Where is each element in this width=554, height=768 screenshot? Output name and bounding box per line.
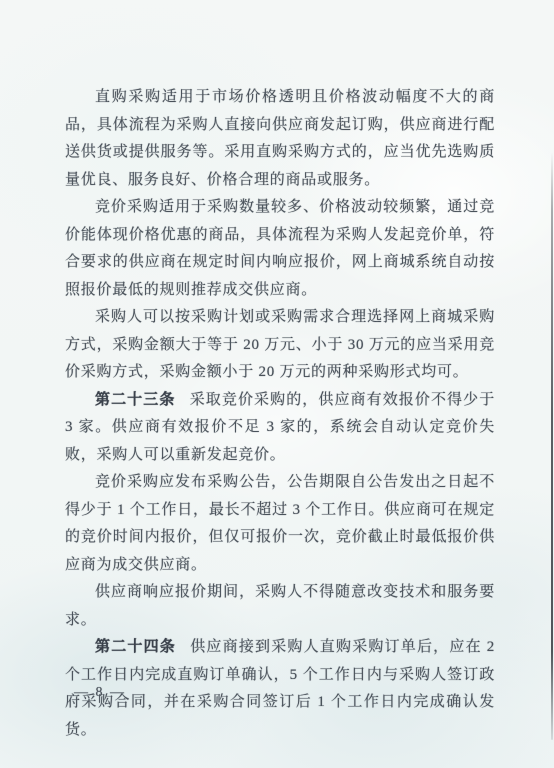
page-number: — 8 —: [74, 685, 126, 701]
body-paragraph: 竞价采购适用于采购数量较多、价格波动较频繁，通过竞价能体现价格优惠的商品，具体流…: [65, 194, 495, 304]
paragraph-text: 竞价采购适用于采购数量较多、价格波动较频繁，通过竞价能体现价格优惠的商品，具体流…: [65, 199, 495, 298]
paragraph-text: 直购采购适用于市场价格透明且价格波动幅度不大的商品，具体流程为采购人直接向供应商…: [65, 89, 495, 188]
paragraph-text: 供应商响应报价期间，采购人不得随意改变技术和服务要求。: [65, 584, 495, 628]
article-number: 第二十三条: [95, 392, 175, 408]
body-paragraph: 采购人可以按采购计划或采购需求合理选择网上商城采购方式，采购金额大于等于 20 …: [65, 304, 495, 387]
paragraph-text: 竞价采购应发布采购公告，公告期限自公告发出之日起不得少于 1 个工作日，最长不超…: [65, 474, 495, 573]
document-body: 直购采购适用于市场价格透明且价格波动幅度不大的商品，具体流程为采购人直接向供应商…: [65, 84, 495, 744]
body-paragraph: 竞价采购应发布采购公告，公告期限自公告发出之日起不得少于 1 个工作日，最长不超…: [65, 469, 495, 579]
scanned-page: 直购采购适用于市场价格透明且价格波动幅度不大的商品，具体流程为采购人直接向供应商…: [0, 0, 554, 768]
article-paragraph: 第二十四条供应商接到采购人直购采购订单后，应在 2 个工作日内完成直购订单确认，…: [65, 634, 495, 744]
article-paragraph: 第二十三条采取竞价采购的，供应商有效报价不得少于 3 家。供应商有效报价不足 3…: [65, 387, 495, 470]
scan-edge-line: [551, 152, 553, 740]
paragraph-text: 采购人可以按采购计划或采购需求合理选择网上商城采购方式，采购金额大于等于 20 …: [65, 309, 495, 380]
body-paragraph: 直购采购适用于市场价格透明且价格波动幅度不大的商品，具体流程为采购人直接向供应商…: [65, 84, 495, 194]
article-number: 第二十四条: [95, 639, 176, 655]
body-paragraph: 供应商响应报价期间，采购人不得随意改变技术和服务要求。: [65, 579, 495, 634]
